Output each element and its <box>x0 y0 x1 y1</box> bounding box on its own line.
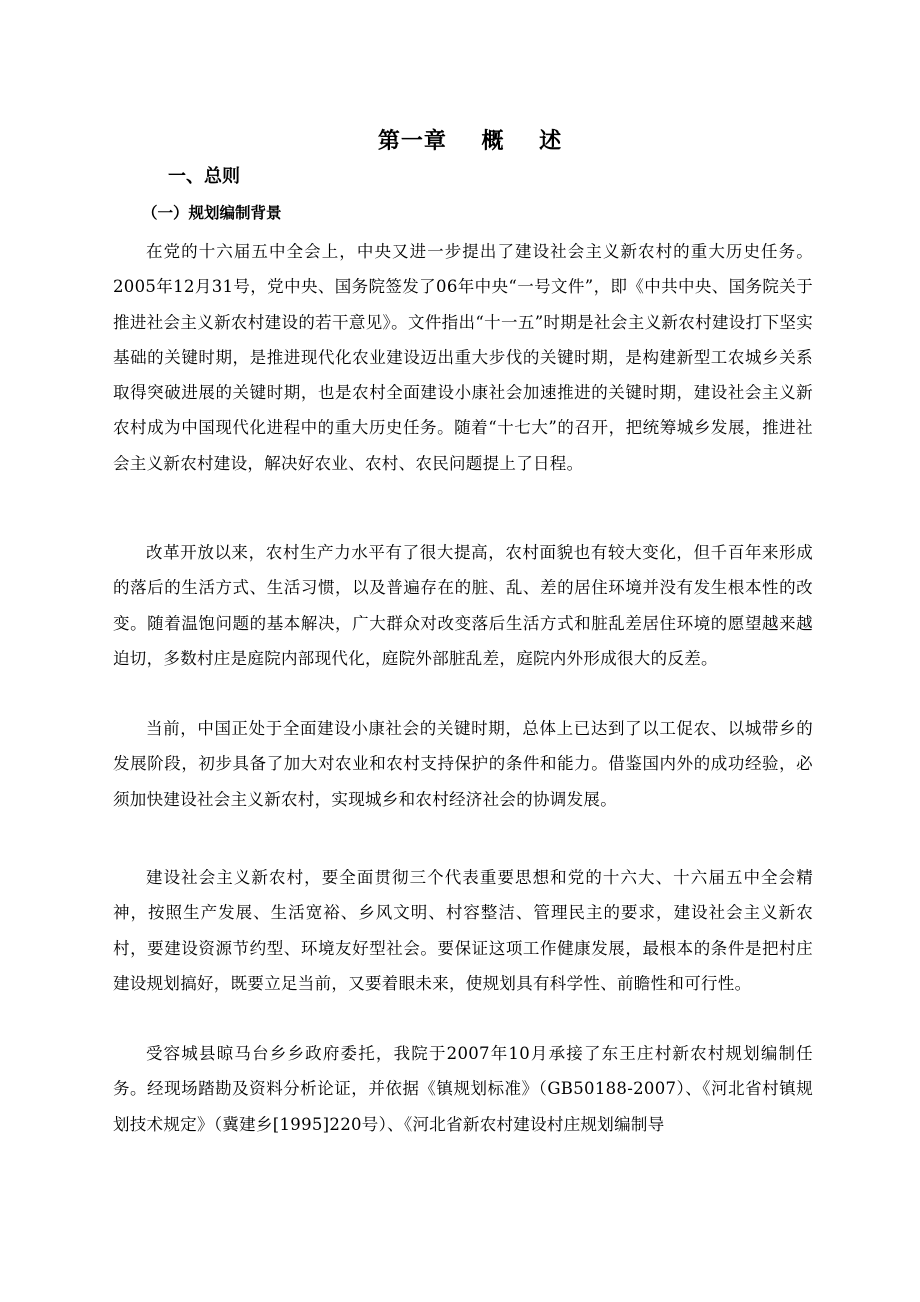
paragraph-block: 在党的十六届五中全会上，中央又进一步提出了建设社会主义新农村的重大历史任务。20… <box>113 234 813 481</box>
paragraph-block: 当前，中国正处于全面建设小康社会的关键时期，总体上已达到了以工促农、以城带乡的发… <box>113 711 813 817</box>
document-page: 第一章 概 述 一、总则 （一）规划编制背景 在党的十六届五中全会上，中央又进一… <box>0 0 920 1302</box>
paragraph-block: 受容城县晾马台乡乡政府委托，我院于2007年10月承接了东王庄村新农村规划编制任… <box>113 1036 813 1142</box>
paragraph-rural-conditions: 改革开放以来，农村生产力水平有了很大提高，农村面貌也有较大变化，但千百年来形成的… <box>113 535 813 676</box>
paragraph-block: 建设社会主义新农村，要全面贯彻三个代表重要思想和党的十六大、十六届五中全会精神，… <box>113 860 813 1001</box>
paragraph-current-stage: 当前，中国正处于全面建设小康社会的关键时期，总体上已达到了以工促农、以城带乡的发… <box>113 711 813 817</box>
section-heading: 一、总则 <box>168 162 240 188</box>
paragraph-block: 改革开放以来，农村生产力水平有了很大提高，农村面貌也有较大变化，但千百年来形成的… <box>113 535 813 676</box>
paragraph-background: 在党的十六届五中全会上，中央又进一步提出了建设社会主义新农村的重大历史任务。20… <box>113 234 813 481</box>
paragraph-commission: 受容城县晾马台乡乡政府委托，我院于2007年10月承接了东王庄村新农村规划编制任… <box>113 1036 813 1142</box>
subsection-heading: （一）规划编制背景 <box>142 201 282 223</box>
chapter-title: 第一章 概 述 <box>0 124 920 155</box>
paragraph-guiding-principles: 建设社会主义新农村，要全面贯彻三个代表重要思想和党的十六大、十六届五中全会精神，… <box>113 860 813 1001</box>
